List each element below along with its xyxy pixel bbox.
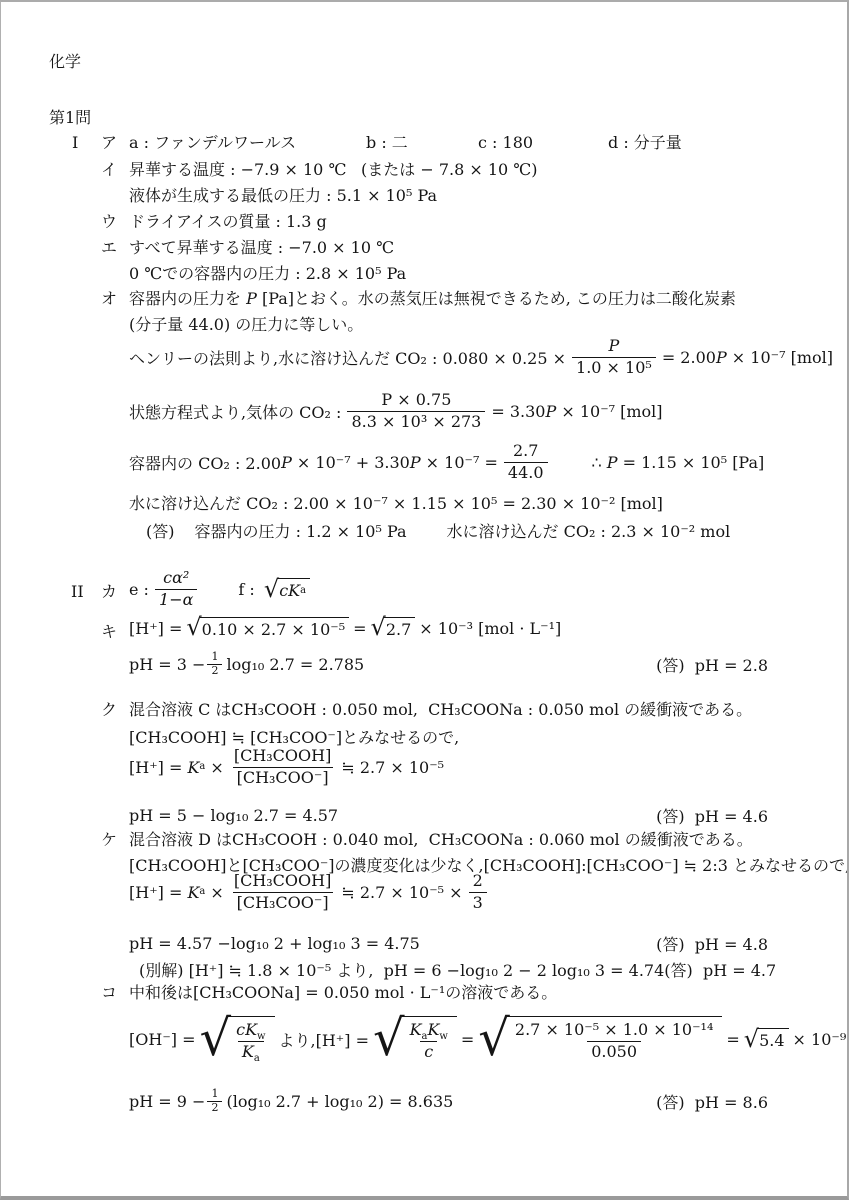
fraction-denominator: [CH₃COO⁻] xyxy=(233,892,333,914)
text-segment: pH = 5 − log₁₀ 2.7 = 4.57 xyxy=(129,806,338,825)
label-f: f : xyxy=(238,580,259,599)
answer-ka-formulas: e : cα²1−α f : √cKa xyxy=(129,568,314,611)
fraction-numerator: [CH₃COOH] xyxy=(230,871,336,892)
text-segment: = xyxy=(461,1030,474,1049)
fraction-denominator: [CH₃COO⁻] xyxy=(233,767,333,789)
answer-i-pressure: 液体が生成する最低の圧力 : 5.1 × 10⁵ Pa xyxy=(129,186,437,206)
text-segment: 容器内の圧力を xyxy=(129,289,246,308)
kana-ke: ケ xyxy=(101,830,117,850)
square-root: √2.7 × 10⁻⁵ × 1.0 × 10⁻¹⁴0.050 xyxy=(478,1016,722,1063)
formula-dissolved-co2: 水に溶け込んだ CO₂ : 2.00 × 10⁻⁷ × 1.15 × 10⁵ =… xyxy=(129,494,663,514)
answer-label: (答) xyxy=(656,935,695,954)
kana-ki: キ xyxy=(101,622,117,642)
var-P: P xyxy=(607,453,618,472)
answer-o-note: (分子量 44.0) の圧力に等しい。 xyxy=(129,315,363,335)
answer-ko-intro: 中和後は[CH₃COONa] = 0.050 mol · L⁻¹の溶液である。 xyxy=(129,983,557,1003)
text-segment: ≒ 2.7 × 10⁻⁵ × xyxy=(341,883,462,902)
text-segment: pH = 3 − xyxy=(129,655,205,674)
fraction: 2.744.0 xyxy=(504,441,548,484)
answer-ku-intro: 混合溶液 C はCH₃COOH : 0.050 mol, CH₃COONa : … xyxy=(129,700,752,720)
answer-dissolved: 水に溶け込んだ CO₂ : 2.3 × 10⁻² mol xyxy=(447,519,731,542)
fraction: cKwKa xyxy=(232,1020,269,1063)
text-segment: (log₁₀ 2.7 + log₁₀ 2) = 8.635 xyxy=(226,1092,453,1111)
fraction: P1.0 × 10⁵ xyxy=(572,336,656,379)
text-segment: × 10⁻⁷ [mol] xyxy=(556,402,662,421)
text-segment: = xyxy=(726,1030,739,1049)
fraction-denominator: 1.0 × 10⁵ xyxy=(572,357,656,379)
answer-a-blank-b: b : 二 xyxy=(366,133,408,153)
radical-sign: √ xyxy=(478,1021,510,1057)
answer-badge: (答) pH = 4.7 xyxy=(664,958,776,981)
question1-heading: 第1問 xyxy=(49,108,91,128)
radical-sign: √ xyxy=(373,1021,405,1057)
text-segment: (別解) [H⁺] ≒ 1.8 × 10⁻⁵ より, pH = 6 −log₁₀… xyxy=(139,958,664,981)
text-segment: pH = 4.57 −log₁₀ 2 + log₁₀ 3 = 4.75 xyxy=(129,934,420,953)
fraction: [CH₃COOH][CH₃COO⁻] xyxy=(230,871,336,914)
answer-ko-ph: pH = 9 − 12 (log₁₀ 2.7 + log₁₀ 2) = 8.63… xyxy=(129,1088,768,1114)
fraction-numerator: cKw xyxy=(232,1020,269,1041)
fraction: [CH₃COOH][CH₃COO⁻] xyxy=(230,746,336,789)
answer-ku-assumption: [CH₃COOH] ≒ [CH₃COO⁻]とみなせるので, xyxy=(129,728,459,748)
answer-ko-ohminus: [OH⁻] = √cKwKa より,[H⁺] = √KaKwc = √2.7 ×… xyxy=(129,1016,849,1063)
fraction-denominator: 8.3 × 10³ × 273 xyxy=(347,411,485,433)
text-segment: × xyxy=(205,883,224,902)
answer-a-blank-c: c : 180 xyxy=(478,133,533,153)
fraction-numerator: KaKw xyxy=(406,1020,452,1041)
kana-u: ウ xyxy=(101,212,117,232)
part2-numeral: II xyxy=(71,582,84,602)
var-P: P xyxy=(281,453,292,472)
answer-ke-intro: 混合溶液 D はCH₃COOH : 0.040 mol, CH₃COONa : … xyxy=(129,830,753,850)
fraction-numerator: P × 0.75 xyxy=(377,390,455,411)
text-segment: × 10⁻³ [mol · L⁻¹] xyxy=(419,619,561,638)
formula-state-equation: 状態方程式より,気体の CO₂ : P × 0.758.3 × 10³ × 27… xyxy=(129,390,663,433)
fraction-numerator: 1 xyxy=(207,651,222,664)
text-segment: = 3.30 xyxy=(491,402,545,421)
part1-answer-line: (答) 容器内の圧力 : 1.2 × 10⁵ Pa 水に溶け込んだ CO₂ : … xyxy=(146,519,730,542)
square-root: √0.10 × 2.7 × 10⁻⁵ xyxy=(186,617,349,639)
text-segment: [H⁺] = xyxy=(129,758,187,777)
answer-ke-ph: pH = 4.57 −log₁₀ 2 + log₁₀ 3 = 4.75 (答) … xyxy=(129,932,768,955)
subject-title: 化学 xyxy=(49,52,81,72)
fraction-denominator: 3 xyxy=(469,892,487,914)
fraction-numerator: 2.7 xyxy=(509,441,542,462)
fraction-numerator: [CH₃COOH] xyxy=(230,746,336,767)
answer-ki-hplus: [H⁺] = √0.10 × 2.7 × 10⁻⁵ = √2.7 × 10⁻³ … xyxy=(129,617,561,639)
fraction-denominator: 44.0 xyxy=(504,462,548,484)
var-K: K xyxy=(187,883,199,902)
answer-label: (答) xyxy=(656,1093,695,1112)
answer-e-temp: すべて昇華する温度 : −7.0 × 10 ℃ xyxy=(129,238,394,258)
text-segment: [H⁺] = xyxy=(129,883,187,902)
radicand: 2.7 × 10⁻⁵ × 1.0 × 10⁻¹⁴0.050 xyxy=(508,1016,722,1063)
radicand: 2.7 xyxy=(384,617,415,639)
answer-pressure: 容器内の圧力 : 1.2 × 10⁵ Pa xyxy=(195,519,407,542)
radicand: 5.4 xyxy=(757,1028,788,1050)
fraction-numerator: 2 xyxy=(469,871,487,892)
square-root: √cKa xyxy=(264,578,310,600)
text-segment: × xyxy=(205,758,224,777)
answer-ku-hplus: [H⁺] = Ka × [CH₃COOH][CH₃COO⁻] ≒ 2.7 × 1… xyxy=(129,746,444,789)
kana-o: オ xyxy=(101,289,117,309)
text-segment: log₁₀ 2.7 = 2.785 xyxy=(226,655,364,674)
square-root: √KaKwc xyxy=(373,1016,457,1063)
answer-label: (答) xyxy=(656,656,695,675)
kana-ku: ク xyxy=(101,700,117,720)
answer-value: pH = 8.6 xyxy=(695,1093,768,1112)
square-root: √cKwKa xyxy=(200,1016,275,1063)
formula-henry: ヘンリーの法則より,水に溶け込んだ CO₂ : 0.080 × 0.25 × P… xyxy=(129,336,833,379)
text-segment: × 10⁻⁷ [mol] xyxy=(727,348,833,367)
fraction-denominator: 2 xyxy=(207,1101,222,1115)
radicand: 0.10 × 2.7 × 10⁻⁵ xyxy=(200,617,349,639)
text-segment: [Pa]とおく。水の蒸気圧は無視できるため, この圧力は二酸化炭素 xyxy=(257,289,736,308)
radicand: KaKwc xyxy=(403,1016,457,1063)
text-segment: = 2.00 xyxy=(662,348,716,367)
fraction-denominator: 0.050 xyxy=(587,1041,641,1063)
fraction-denominator: 1−α xyxy=(155,589,197,611)
text-segment: より,[H⁺] = xyxy=(279,1028,369,1051)
formula-vessel-co2: 容器内の CO₂ : 2.00P × 10⁻⁷ + 3.30P × 10⁻⁷ =… xyxy=(129,441,764,484)
kana-ka: カ xyxy=(101,582,117,602)
fraction-numerator: P xyxy=(605,336,624,357)
answer-label: (答) xyxy=(146,519,175,542)
radicand: cKa xyxy=(277,578,310,600)
var-P: P xyxy=(545,402,556,421)
text-segment: 容器内の CO₂ : 2.00 xyxy=(129,451,281,474)
answer-e-pressure: 0 ℃での容器内の圧力 : 2.8 × 10⁵ Pa xyxy=(129,264,406,284)
exam-answer-page: 化学 第1問 I ア a : ファンデルワールス b : 二 c : 180 d… xyxy=(0,0,849,1200)
answer-ke-hplus: [H⁺] = Ka × [CH₃COOH][CH₃COO⁻] ≒ 2.7 × 1… xyxy=(129,871,493,914)
text-segment: [OH⁻] = xyxy=(129,1030,196,1049)
part1-numeral: I xyxy=(72,133,78,153)
text-segment: = 1.15 × 10⁵ [Pa] xyxy=(618,453,765,472)
text-segment: × 10⁻⁷ + 3.30 xyxy=(292,453,410,472)
var-P: P xyxy=(246,289,257,308)
square-root: √5.4 xyxy=(744,1028,789,1050)
text-segment: pH = 9 − xyxy=(129,1092,205,1111)
var-P: P xyxy=(716,348,727,367)
fraction-numerator: 1 xyxy=(207,1088,222,1101)
answer-u-mass: ドライアイスの質量 : 1.3 g xyxy=(129,212,327,232)
text-segment: ヘンリーの法則より,水に溶け込んだ CO₂ : 0.080 × 0.25 × xyxy=(129,346,566,369)
answer-i-alt: (または − 7.8 × 10 ℃) xyxy=(361,160,537,180)
fraction: P × 0.758.3 × 10³ × 273 xyxy=(347,390,485,433)
fraction: 12 xyxy=(207,651,222,677)
answer-label: (答) xyxy=(656,807,695,826)
answer-o-setup: 容器内の圧力を P [Pa]とおく。水の蒸気圧は無視できるため, この圧力は二酸… xyxy=(129,289,736,309)
text-segment: [H⁺] = xyxy=(129,619,182,638)
answer-value: pH = 4.6 xyxy=(695,807,768,826)
kana-ko: コ xyxy=(101,983,117,1003)
answer-value: pH = 2.8 xyxy=(695,656,768,675)
answer-a-blank-a: a : ファンデルワールス xyxy=(129,133,296,153)
answer-ki-ph: pH = 3 − 12 log₁₀ 2.7 = 2.785 (答) pH = 2… xyxy=(129,651,768,677)
label-e: e : xyxy=(129,580,154,599)
fraction: 12 xyxy=(207,1088,222,1114)
fraction-denominator: 2 xyxy=(207,664,222,678)
fraction: 2.7 × 10⁻⁵ × 1.0 × 10⁻¹⁴0.050 xyxy=(511,1020,717,1063)
text-segment: = xyxy=(353,619,366,638)
answer-badge: (答) pH = 8.6 xyxy=(656,1090,768,1113)
fraction-denominator: Ka xyxy=(238,1041,264,1063)
var-K: K xyxy=(187,758,199,777)
var-P: P xyxy=(410,453,421,472)
fraction: KaKwc xyxy=(406,1020,452,1063)
answer-badge: (答) pH = 4.6 xyxy=(656,804,768,827)
answer-badge: (答) pH = 4.8 xyxy=(656,932,768,955)
text-segment: × 10⁻⁷ = xyxy=(421,453,498,472)
kana-a: ア xyxy=(101,133,117,153)
answer-a-blank-d: d : 分子量 xyxy=(608,133,682,153)
therefore-symbol: ∴ xyxy=(592,453,607,472)
radicand: cKwKa xyxy=(229,1016,274,1063)
answer-label: (答) xyxy=(664,961,703,980)
fraction-numerator: 2.7 × 10⁻⁵ × 1.0 × 10⁻¹⁴ xyxy=(511,1020,717,1041)
answer-value: pH = 4.8 xyxy=(695,935,768,954)
answer-badge: (答) pH = 2.8 xyxy=(656,653,768,676)
fraction-denominator: c xyxy=(420,1041,437,1063)
answer-i-temp: 昇華する温度 : −7.9 × 10 ℃ xyxy=(129,160,346,180)
radical-sign: √ xyxy=(200,1021,232,1057)
kana-i: イ xyxy=(101,160,117,180)
square-root: √2.7 xyxy=(371,617,416,639)
fraction: 23 xyxy=(469,871,487,914)
kana-e: エ xyxy=(101,238,117,258)
text-segment: 状態方程式より,気体の CO₂ : xyxy=(129,400,341,423)
answer-ku-ph: pH = 5 − log₁₀ 2.7 = 4.57 (答) pH = 4.6 xyxy=(129,804,768,827)
text-segment: ≒ 2.7 × 10⁻⁵ xyxy=(341,758,444,777)
text-segment: × 10⁻⁹ [mol · L⁻¹] xyxy=(793,1030,849,1049)
fraction-numerator: cα² xyxy=(159,568,193,589)
answer-value: pH = 4.7 xyxy=(703,961,776,980)
fraction: cα²1−α xyxy=(155,568,197,611)
answer-ke-alternative: (別解) [H⁺] ≒ 1.8 × 10⁻⁵ より, pH = 6 −log₁₀… xyxy=(139,958,768,981)
